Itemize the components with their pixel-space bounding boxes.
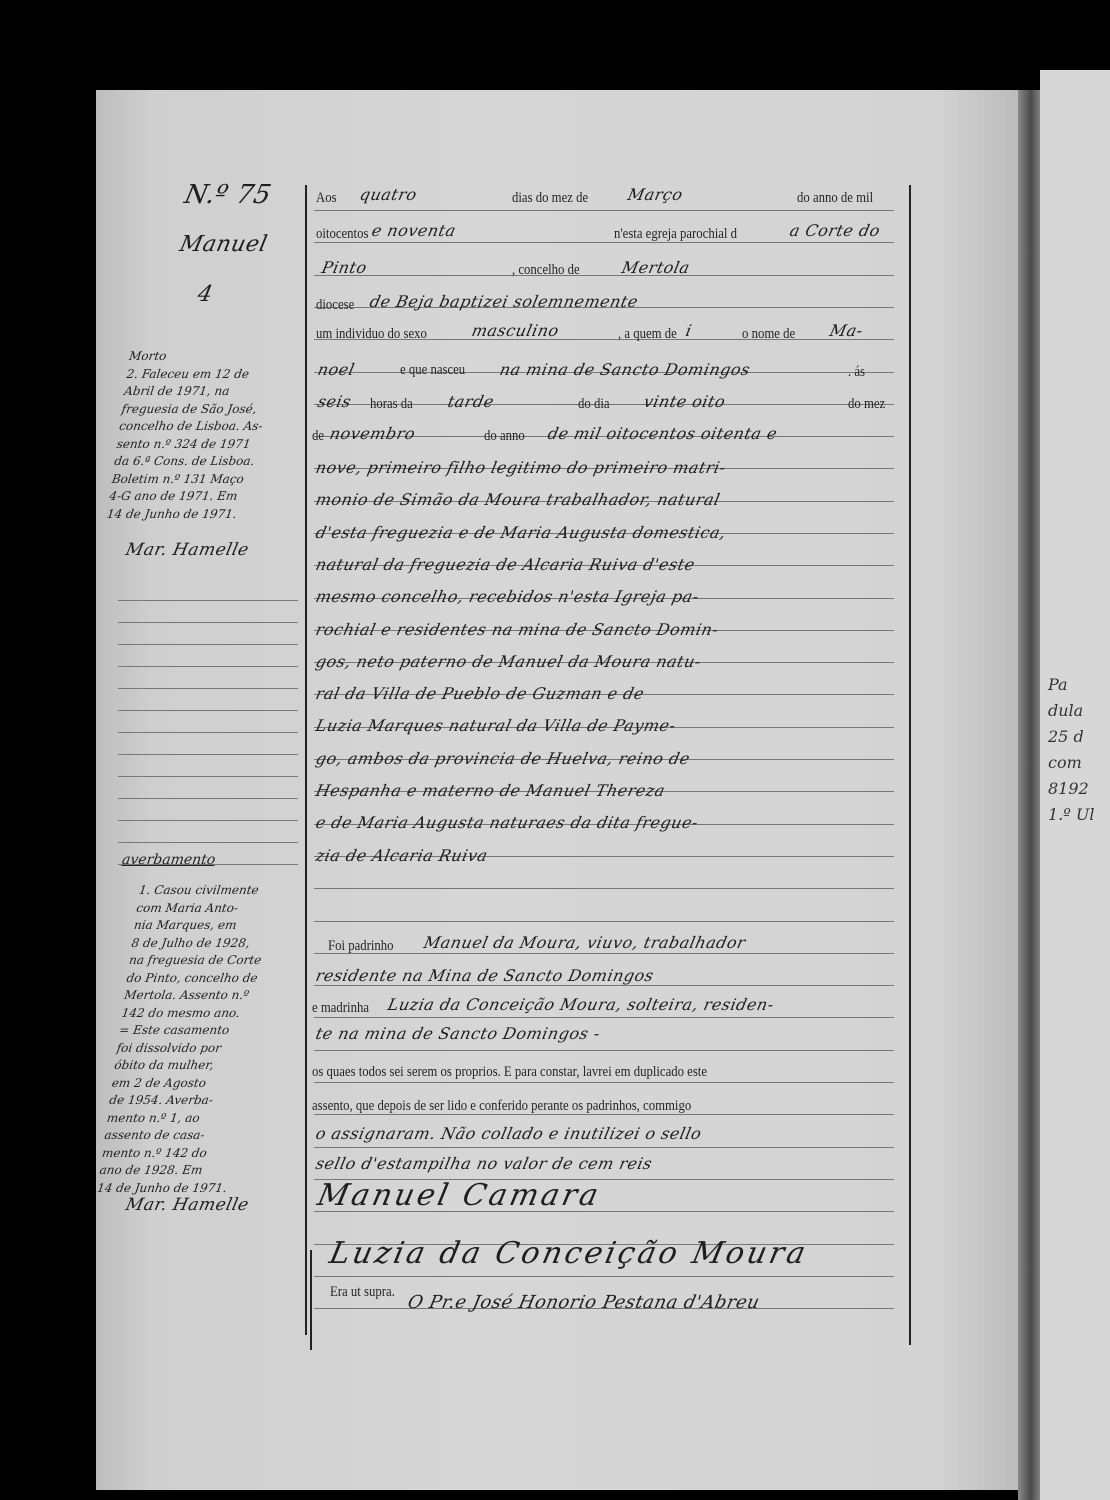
margin-rule-lower — [310, 1250, 312, 1350]
signature-padrinho: Manuel Camara — [314, 1178, 604, 1213]
padrinho-residence: residente na Mina de Sancto Domingos — [314, 966, 656, 985]
padrinho-name: Manuel da Moura, viuvo, trabalhador — [422, 933, 747, 952]
handwritten-line: mesmo concelho, recebidos n'esta Igreja … — [314, 587, 701, 606]
signature-madrinha: Luzia da Conceição Moura — [326, 1236, 811, 1271]
handwritten-line: Luzia Marques natural da Villa de Payme- — [314, 716, 678, 735]
handwritten-field: de mil oitocentos oitenta e — [546, 424, 779, 443]
handwritten-field: na mina de Sancto Domingos — [498, 360, 752, 379]
printed-text: do anno de mil — [797, 190, 873, 207]
handwritten-field: de Beja baptizei solemnemente — [368, 292, 640, 311]
margin-note-signature: Mar. Hamelle — [124, 540, 251, 560]
handwritten-field: seis — [316, 392, 353, 411]
handwritten-line: monio de Simão da Moura trabalhador, nat… — [314, 490, 722, 509]
handwritten-field: noel — [316, 360, 357, 379]
handwritten-field: Março — [626, 185, 685, 204]
handwritten-line: go, ambos da provincia de Huelva, reino … — [314, 749, 692, 768]
printed-text: . ás — [848, 364, 865, 381]
handwritten-line: Hespanha e materno de Manuel Thereza — [314, 781, 667, 800]
handwritten-line: nove, primeiro filho legitimo do primeir… — [314, 458, 728, 477]
printed-text: do mez — [848, 396, 885, 413]
printed-text: n'esta egreja parochial d — [614, 226, 737, 243]
handwritten-field: a Corte do — [788, 221, 882, 240]
madrinha-residence: te na mina de Sancto Domingos - — [314, 1024, 602, 1043]
era-ut-supra: Era ut supra. — [330, 1284, 395, 1301]
printed-text: diocese — [316, 297, 354, 314]
handwritten-field: Mertola — [620, 258, 692, 277]
handwritten-line: zia de Alcaria Ruiva — [314, 846, 490, 865]
madrinha-label: e madrinha — [312, 1000, 369, 1017]
handwritten-line: d'esta freguezia e de Maria Augusta dome… — [314, 523, 728, 542]
closing-printed-2: assento, que depois de ser lido e confer… — [312, 1098, 691, 1115]
handwritten-field: tarde — [446, 392, 496, 411]
handwritten-field: Ma- — [828, 321, 865, 340]
closing-handwritten-2: sello d'estampilha no valor de cem reis — [314, 1154, 654, 1173]
right-page-note: Pa dula 25 d com 8192 1.º Ul — [1048, 672, 1094, 828]
margin-rule — [305, 185, 307, 1335]
handwritten-field: novembro — [328, 424, 417, 443]
priest-signature: O Pr.e José Honorio Pestana d'Abreu — [406, 1292, 762, 1313]
handwritten-field: e noventa — [370, 221, 458, 240]
handwritten-field: vinte oito — [642, 392, 727, 411]
handwritten-line: e de Maria Augusta naturaes da dita freg… — [314, 813, 700, 832]
handwritten-field: masculino — [470, 321, 561, 340]
padrinho-label: Foi padrinho — [328, 938, 394, 955]
margin-name: Manuel — [177, 232, 269, 257]
handwritten-line: natural da freguezia de Alcaria Ruiva d'… — [314, 555, 697, 574]
printed-text: do anno — [484, 428, 525, 445]
margin-note-title: averbamento — [121, 852, 217, 870]
closing-printed-1: os quaes todos sei serem os proprios. E … — [312, 1064, 707, 1081]
printed-text: dias do mez de — [512, 190, 588, 207]
printed-text: de — [312, 428, 324, 445]
margin-note-death: Morto 2. Faleceu em 12 de Abril de 1971,… — [106, 348, 274, 523]
madrinha-name: Luzia da Conceição Moura, solteira, resi… — [386, 995, 776, 1014]
printed-text: e que nasceu — [400, 362, 465, 379]
record-number: N.º 75 — [182, 180, 274, 210]
closing-handwritten-1: o assignaram. Não collado e inutilizei o… — [314, 1124, 703, 1143]
handwritten-line: gos, neto paterno de Manuel da Moura nat… — [314, 652, 703, 671]
printed-text: horas da — [370, 396, 413, 413]
handwritten-field: quatro — [358, 185, 419, 204]
handwritten-field: Pinto — [320, 258, 369, 277]
printed-text: um individuo do sexo — [316, 326, 427, 343]
right-border-rule — [909, 185, 911, 1345]
printed-text: Aos — [316, 190, 337, 207]
handwritten-line: rochial e residentes na mina de Sancto D… — [314, 620, 720, 639]
printed-text: do dia — [578, 396, 610, 413]
printed-text: , a quem de — [618, 326, 677, 343]
printed-text: oitocentos — [316, 226, 368, 243]
printed-text: o nome de — [742, 326, 795, 343]
printed-text: , concelho de — [512, 262, 580, 279]
handwritten-line: ral da Villa de Pueblo de Guzman e de — [314, 684, 646, 703]
margin-note-signature-2: Mar. Hamelle — [124, 1195, 251, 1215]
